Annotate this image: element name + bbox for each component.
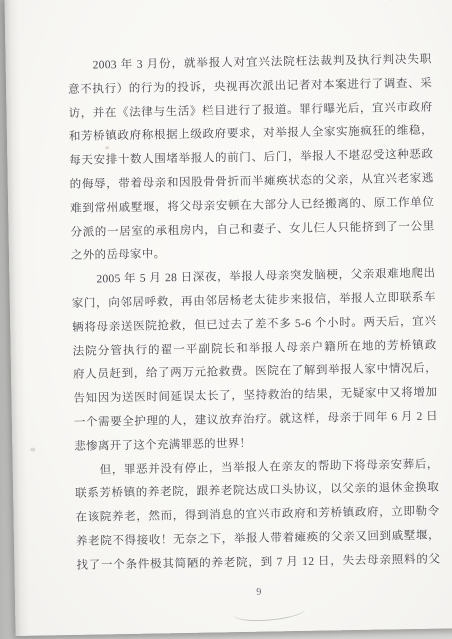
- scan-speck: [30, 448, 35, 452]
- scanned-page: 2003 年 3 月份，就举报人对宜兴法院枉法裁判及执行判决失职（故 意不执行）…: [4, 0, 452, 636]
- document-text-block: 2003 年 3 月份，就举报人对宜兴法院枉法裁判及执行判决失职（故 意不执行）…: [67, 49, 440, 579]
- page-edge-shadow: [4, 0, 29, 636]
- page-number: 9: [77, 584, 441, 601]
- scan-artifact-curve: [233, 600, 306, 623]
- scan-speck: [105, 146, 109, 149]
